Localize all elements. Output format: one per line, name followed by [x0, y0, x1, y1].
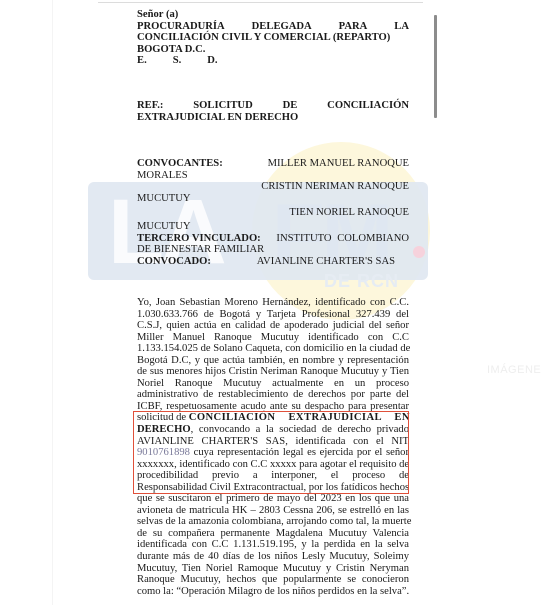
body-line-last: como la: “Operación Milagro de los niños… — [137, 586, 409, 598]
convocado-row: CONVOCADO: AVIANLINE CHARTER'S SAS — [137, 256, 409, 268]
body-line: Mucutuy, Tien Noriel Ramoque Mucutuy y C… — [137, 563, 409, 575]
body-line: Yo, Joan Sebastian Moreno Hernández, ide… — [137, 297, 409, 309]
esd-e: E. — [137, 55, 147, 67]
top-divider — [98, 2, 423, 3]
esd-s: S. — [173, 55, 182, 67]
text: , convocando a la sociedad de derecho pr… — [191, 424, 409, 435]
body-line: C.S.J, quien actúa en calidad de apodera… — [137, 320, 409, 332]
convocado-name: AVIANLINE CHARTER'S SAS — [257, 256, 395, 268]
reference-line-1: REF.: SOLICITUD DE CONCILIACIÓN — [137, 100, 409, 112]
reference-block: REF.: SOLICITUD DE CONCILIACIÓN EXTRAJUD… — [137, 100, 409, 123]
convocante-name: CRISTIN NERIMAN RANOQUE — [137, 181, 409, 193]
bold-title: CONCILIACIÓN EXTRAJUDICIAL EN — [189, 412, 410, 423]
highlight-line-5: xxxxxxx, identificado con C.C xxxxx para… — [137, 459, 409, 471]
convocante-surname: MUCUTUY — [137, 193, 409, 205]
body-paragraph: Yo, Joan Sebastian Moreno Hernández, ide… — [137, 297, 409, 597]
body-line: Noriel Ranoque Mucutuy actualmente en un… — [137, 378, 409, 390]
convocado-label: CONVOCADO: — [137, 256, 211, 268]
body-line: identificada con C.C 1.131.519.195, y la… — [137, 539, 409, 551]
body-line: de su compañera permanente Magdalena Muc… — [137, 528, 409, 540]
addressee-line-2: CONCILIACIÓN CIVIL Y COMERCIAL (REPARTO) — [137, 32, 409, 44]
parties-block: CONVOCANTES: MILLER MANUEL RANOQUE MORAL… — [137, 158, 409, 267]
convocante-name: TIEN NORIEL RANOQUE — [137, 207, 409, 219]
convocantes-label: CONVOCANTES: — [137, 158, 223, 170]
tercero-name: INSTITUTO COLOMBIANO — [276, 233, 409, 245]
addressee-block: Señor (a) PROCURADURÍA DELEGADA PARA LA … — [137, 9, 409, 67]
body-line: Miller Manuel Ranoque Mucutuy identifica… — [137, 332, 409, 344]
addressee-word: PARA — [339, 21, 368, 33]
city: BOGOTA D.C. — [137, 44, 409, 56]
body-line: Bogotá D.C, y que actúa también, en nomb… — [137, 355, 409, 367]
esd-line: E. S. D. — [137, 55, 409, 67]
watermark-subtitle: DE RCN — [324, 271, 399, 292]
watermark-dot — [413, 246, 425, 258]
body-line: de sus menores hijos Cristin Neriman Ran… — [137, 366, 409, 378]
body-line: 1.133.154.025 de Solano Caqueta, con dom… — [137, 343, 409, 355]
vertical-scrollbar[interactable] — [434, 15, 437, 118]
body-line: 1.030.633.766 de Bogotá y Tarjeta Profes… — [137, 309, 409, 321]
body-line: que se suscitaron el primero de mayo del… — [137, 493, 409, 505]
addressee-word: PROCURADURÍA — [137, 21, 225, 33]
tercero-name-cont: DE BIENESTAR FAMILIAR — [137, 244, 409, 256]
bold-title: DERECHO — [137, 424, 191, 435]
addressee-word: DELEGADA — [252, 21, 312, 33]
highlight-line-3: AVIANLINE CHARTER'S SAS, identificada co… — [137, 436, 409, 448]
body-line: Ranoque Mucutuy, hechos que popularmente… — [137, 574, 409, 586]
convocante-1: CONVOCANTES: MILLER MANUEL RANOQUE — [137, 158, 409, 170]
text: solicitud de — [137, 412, 189, 423]
ref-word: DE — [283, 100, 298, 112]
convocante-surname: MUCUTUY — [137, 221, 409, 233]
body-line: avioneta de matricula HK – 2803 Cessna 2… — [137, 505, 409, 517]
body-line: selvas de la amazonia colombiana, arroja… — [137, 516, 409, 528]
nit-number: 9010761898 — [137, 447, 190, 458]
page-edge — [52, 0, 53, 605]
highlight-line-1: solicitud de CONCILIACIÓN EXTRAJUDICIAL … — [137, 412, 409, 424]
addressee-word: LA — [394, 21, 409, 33]
salutation: Señor (a) — [137, 9, 409, 21]
tercero-row: TERCERO VINCULADO: INSTITUTO COLOMBIANO — [137, 233, 409, 245]
reference-line-2: EXTRAJUDICIAL EN DERECHO — [137, 112, 409, 124]
ref-word: REF.: — [137, 100, 163, 112]
highlight-line-6: procedibilidad previo a interponer, el p… — [137, 470, 409, 482]
esd-d: D. — [207, 55, 217, 67]
highlight-line-4: 9010761898 cuya representación legal es … — [137, 447, 409, 459]
ref-word: SOLICITUD — [193, 100, 252, 112]
highlight-line-7: Responsabilidad Civil Extracontractual, … — [137, 482, 409, 494]
convocante-surname: MORALES — [137, 170, 409, 182]
body-line: administrativo de restablecimiento de de… — [137, 389, 409, 401]
watermark-side-text: IMÁGENE — [487, 364, 541, 376]
body-line: ICBF, respetuosamente acudo ante su desp… — [137, 401, 409, 413]
highlight-line-2: DERECHO, convocando a la sociedad de der… — [137, 424, 409, 436]
ref-word: CONCILIACIÓN — [327, 100, 409, 112]
convocante-name: MILLER MANUEL RANOQUE — [268, 158, 409, 170]
body-line: durante más de 40 días de los niños Lesl… — [137, 551, 409, 563]
text: cuya representación legal es ejercida po… — [190, 447, 409, 458]
tercero-label: TERCERO VINCULADO: — [137, 233, 261, 245]
addressee-line-1: PROCURADURÍA DELEGADA PARA LA — [137, 21, 409, 33]
